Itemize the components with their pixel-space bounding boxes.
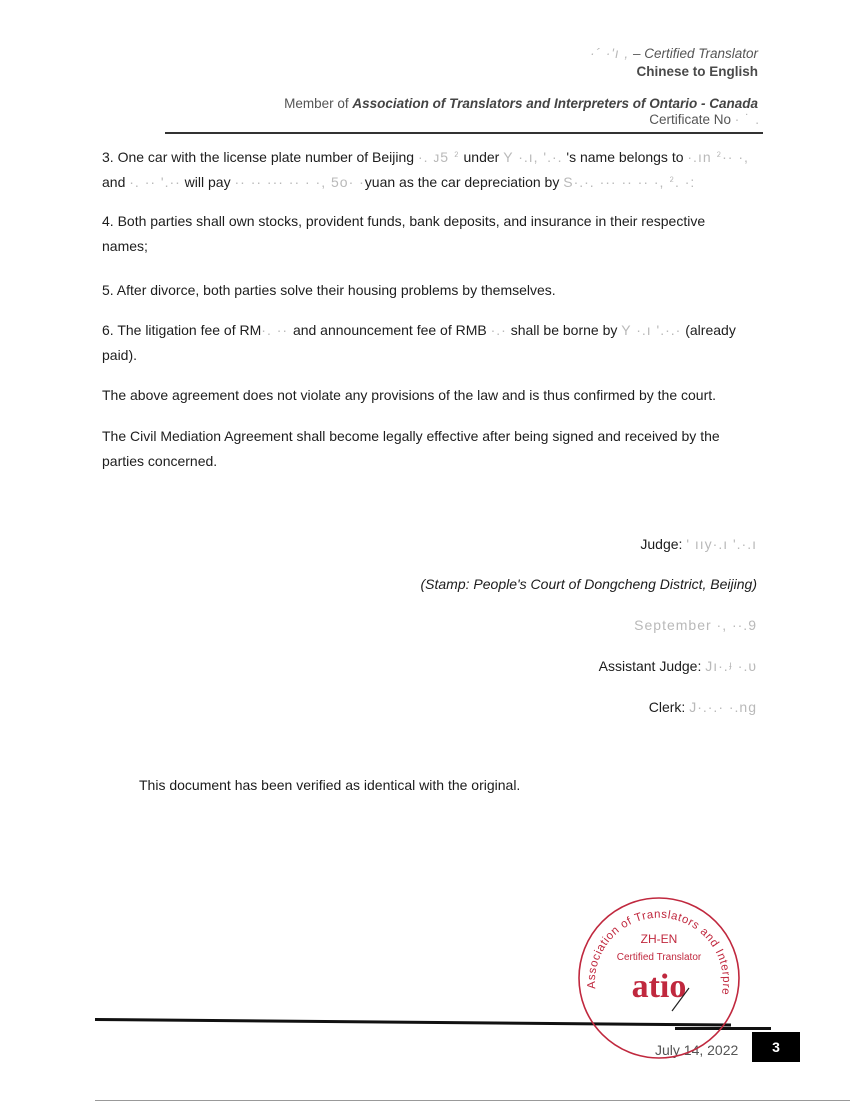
verification-statement: This document has been verified as ident… — [139, 777, 520, 793]
item3-text-b: under — [460, 149, 504, 165]
assistant-judge-line: Assistant Judge: Jı·.ᶡ ·.ᴜ — [599, 658, 757, 674]
language-pair: Chinese to English — [636, 64, 758, 79]
membership-line: Member of Association of Translators and… — [284, 96, 758, 111]
effective-paragraph: The Civil Mediation Agreement shall beco… — [102, 424, 752, 474]
item3-text-c: 's name belongs to — [563, 149, 688, 165]
translator-name-redacted: ·´ ·'ı , — [590, 46, 629, 61]
redacted-plate: ·. ᴊ5 ᒾ — [418, 149, 460, 165]
redacted-amount: ·· ·· ··· ·· · ·, 5o· · — [234, 174, 364, 190]
redacted-amount: ·. ·· — [261, 322, 293, 338]
judge-label: Judge: — [640, 536, 686, 552]
item6-text-a: 6. The litigation fee of RM — [102, 322, 261, 338]
item-3: 3. One car with the license plate number… — [102, 145, 752, 195]
redacted-amount: ·.· — [491, 322, 507, 338]
assistant-judge-label: Assistant Judge: — [599, 658, 706, 674]
clerk-line: Clerk: J·.·.· ·.ng — [649, 699, 757, 715]
assistant-judge-name-redacted: Jı·.ᶡ ·.ᴜ — [705, 658, 757, 674]
item-6: 6. The litigation fee of RM·. ·· and ann… — [102, 318, 752, 368]
redacted-name: Y ·.ı, ʹ.·. — [503, 149, 562, 165]
redacted-name: Y ·.ı ʹ.·.· — [621, 322, 681, 338]
redacted-name: ·.ın ᒾ·· ·, — [687, 149, 749, 165]
item3-text-d: and — [102, 174, 129, 190]
redacted-name: ·. ·· ʹ.·· — [129, 174, 181, 190]
item3-text-e: will pay — [181, 174, 235, 190]
seal-language-pair: ZH-EN — [641, 932, 678, 946]
page-edge-line — [95, 1100, 850, 1101]
item3-text-f: yuan as the car depreciation by — [365, 174, 563, 190]
translator-title: – Certified Translator — [633, 46, 758, 61]
seal-logo-mark: atio — [632, 968, 687, 1005]
ruling-date-redacted: September ·, ··.9 — [634, 617, 757, 633]
item3-text-a: 3. One car with the license plate number… — [102, 149, 418, 165]
item6-text-c: shall be borne by — [507, 322, 621, 338]
item6-text-b: and announcement fee of RMB — [293, 322, 491, 338]
judge-name-redacted: ʹ ııy·.ı ʹ.·.ı — [686, 536, 757, 552]
translator-name-line: ·´ ·'ı , – Certified Translator — [590, 46, 758, 61]
certificate-label: Certificate No — [649, 112, 731, 127]
judge-line: Judge: ʹ ııy·.ı ʹ.·.ı — [640, 536, 757, 552]
court-stamp-note: (Stamp: People's Court of Dongcheng Dist… — [421, 576, 758, 592]
certificate-line: Certificate No · ˙ . — [649, 112, 760, 127]
clerk-label: Clerk: — [649, 699, 689, 715]
confirmation-paragraph: The above agreement does not violate any… — [102, 383, 752, 408]
translator-seal-icon: Association of Translators and Interpret… — [574, 893, 744, 1063]
item-5: 5. After divorce, both parties solve the… — [102, 278, 752, 303]
seal-title: Certified Translator — [617, 952, 702, 963]
clerk-name-redacted: J·.·.· ·.ng — [689, 699, 757, 715]
member-prefix: Member of — [284, 96, 352, 111]
association-name: Association of Translators and Interpret… — [352, 96, 758, 111]
certificate-number-redacted: · ˙ . — [735, 112, 760, 127]
header-divider — [165, 132, 763, 134]
item-4: 4. Both parties shall own stocks, provid… — [102, 209, 752, 259]
redacted-date: S·.·. ··· ·· ·· ·, ᒾ. ·: — [563, 174, 695, 190]
page-number-badge: 3 — [752, 1032, 800, 1062]
